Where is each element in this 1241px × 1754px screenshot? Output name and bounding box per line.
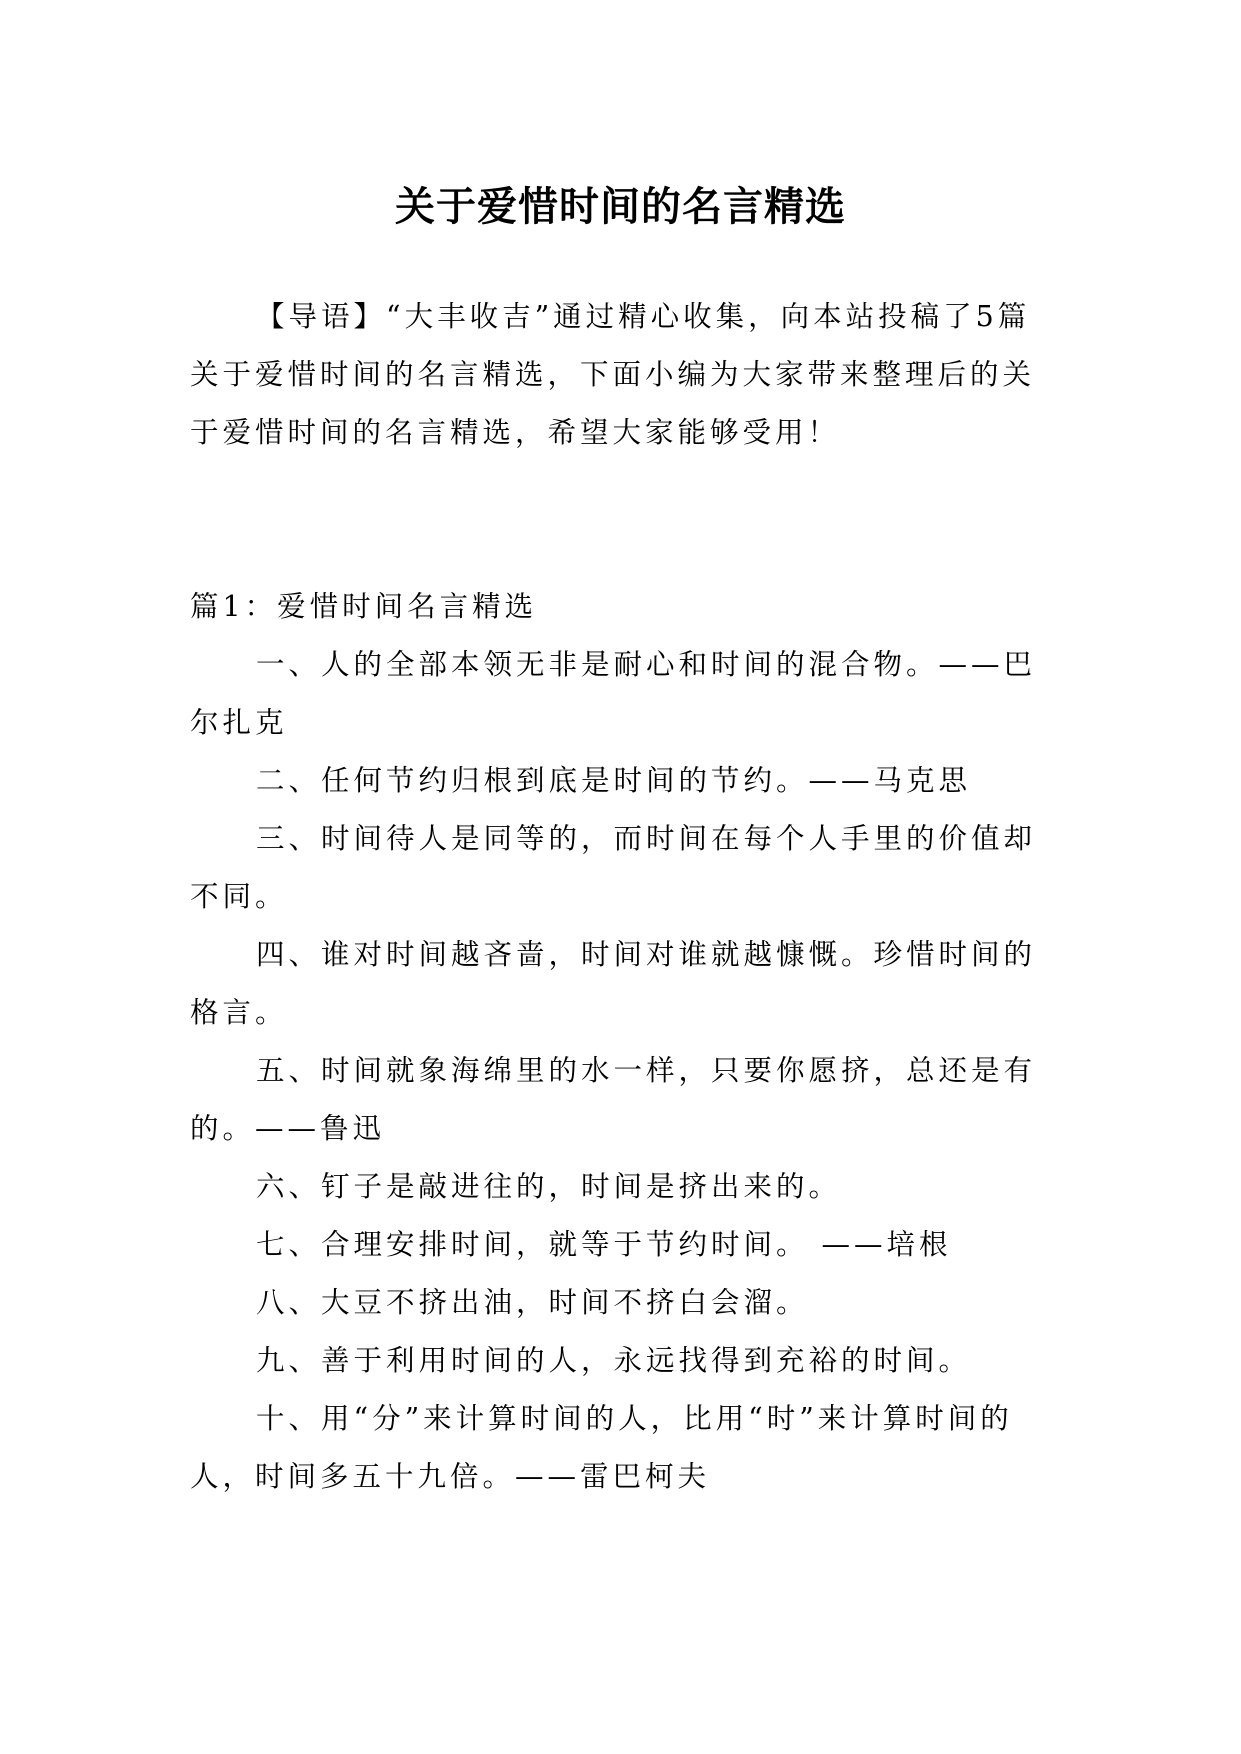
quote-item: 八、大豆不挤出油，时间不挤白会溜。: [190, 1274, 1050, 1332]
section-heading: 篇1：爱惜时间名言精选: [190, 578, 1050, 636]
quote-item: 六、钉子是敲进往的，时间是挤出来的。: [190, 1158, 1050, 1216]
quote-item: 三、时间待人是同等的，而时间在每个人手里的价值却不同。: [190, 810, 1050, 926]
quote-item: 一、人的全部本领无非是耐心和时间的混合物。——巴尔扎克: [190, 636, 1050, 752]
quote-item: 十、用“分”来计算时间的人，比用“时”来计算时间的人，时间多五十九倍。——雷巴柯…: [190, 1390, 1050, 1506]
document-title: 关于爱惜时间的名言精选: [0, 177, 1241, 237]
section-1: 篇1：爱惜时间名言精选 一、人的全部本领无非是耐心和时间的混合物。——巴尔扎克 …: [190, 578, 1050, 1506]
document-page: 关于爱惜时间的名言精选 【导语】“大丰收吉”通过精心收集，向本站投稿了5篇关于爱…: [0, 0, 1241, 1754]
quote-item: 七、合理安排时间，就等于节约时间。 ——培根: [190, 1216, 1050, 1274]
quote-item: 五、时间就象海绵里的水一样，只要你愿挤，总还是有的。——鲁迅: [190, 1042, 1050, 1158]
document-body: 【导语】“大丰收吉”通过精心收集，向本站投稿了5篇关于爱惜时间的名言精选，下面小…: [190, 288, 1050, 1506]
quote-item: 四、谁对时间越吝啬，时间对谁就越慷慨。珍惜时间的格言。: [190, 926, 1050, 1042]
quote-item: 二、任何节约归根到底是时间的节约。——马克思: [190, 752, 1050, 810]
intro-paragraph: 【导语】“大丰收吉”通过精心收集，向本站投稿了5篇关于爱惜时间的名言精选，下面小…: [190, 288, 1050, 462]
quote-item: 九、善于利用时间的人，永远找得到充裕的时间。: [190, 1332, 1050, 1390]
